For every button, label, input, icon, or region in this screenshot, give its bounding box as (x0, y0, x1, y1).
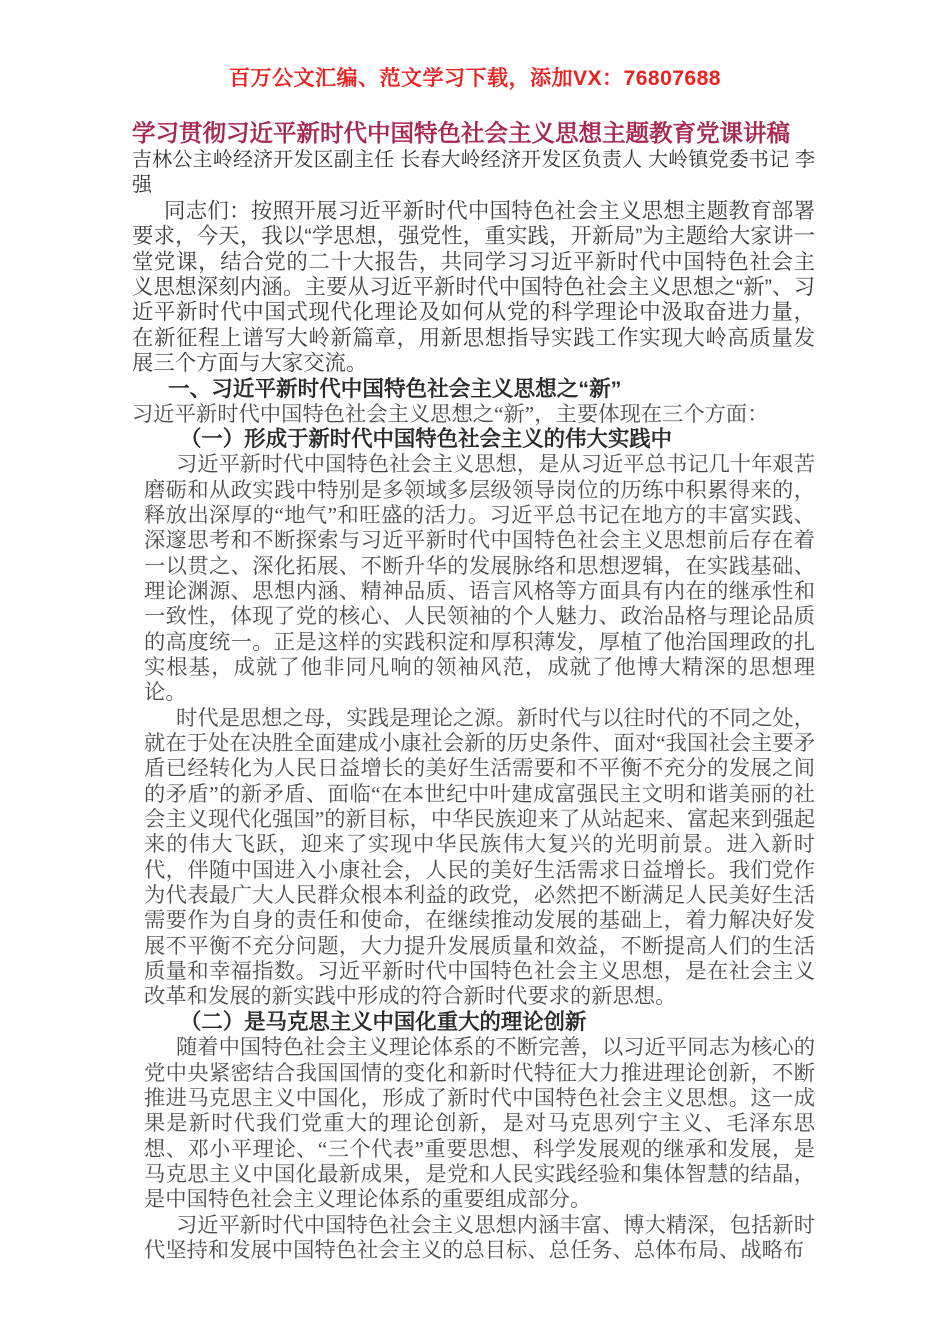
heading-subsection-two: （二）是马克思主义中国化重大的理论创新 (144, 1010, 815, 1035)
paragraph-lead-in: 习近平新时代中国特色社会主义思想之“新”，主要体现在三个方面： (132, 402, 815, 427)
watermark-notice: 百万公文汇编、范文学习下载，添加VX：76807688 (0, 0, 950, 93)
document-title: 学习贯彻习近平新时代中国特色社会主义思想主题教育党课讲稿 (132, 119, 815, 148)
paragraph-rich-connotation: 习近平新时代中国特色社会主义思想内涵丰富、博大精深，包括新时代坚持和发展中国特色… (144, 1213, 815, 1264)
document-page: 百万公文汇编、范文学习下载，添加VX：76807688 学习贯彻习近平新时代中国… (0, 0, 950, 1344)
heading-subsection-one: （一）形成于新时代中国特色社会主义的伟大实践中 (144, 427, 815, 452)
heading-section-one: 一、习近平新时代中国特色社会主义思想之“新” (132, 376, 815, 401)
author-byline: 吉林公主岭经济开发区副主任 长春大岭经济开发区负责人 大岭镇党委书记 李强 (132, 148, 815, 199)
paragraph-theory-innovation: 随着中国特色社会主义理论体系的不断完善，以习近平同志为核心的党中央紧密结合我国国… (144, 1035, 815, 1212)
paragraph-practice-origin: 习近平新时代中国特色社会主义思想，是从习近平总书记几十年艰苦磨砺和从政实践中特别… (144, 452, 815, 705)
paragraph-era-thought: 时代是思想之母，实践是理论之源。新时代与以往时代的不同之处，就在于处在决胜全面建… (144, 706, 815, 1010)
paragraph-intro: 同志们：按照开展习近平新时代中国特色社会主义思想主题教育部署要求，今天，我以“学… (132, 199, 815, 376)
